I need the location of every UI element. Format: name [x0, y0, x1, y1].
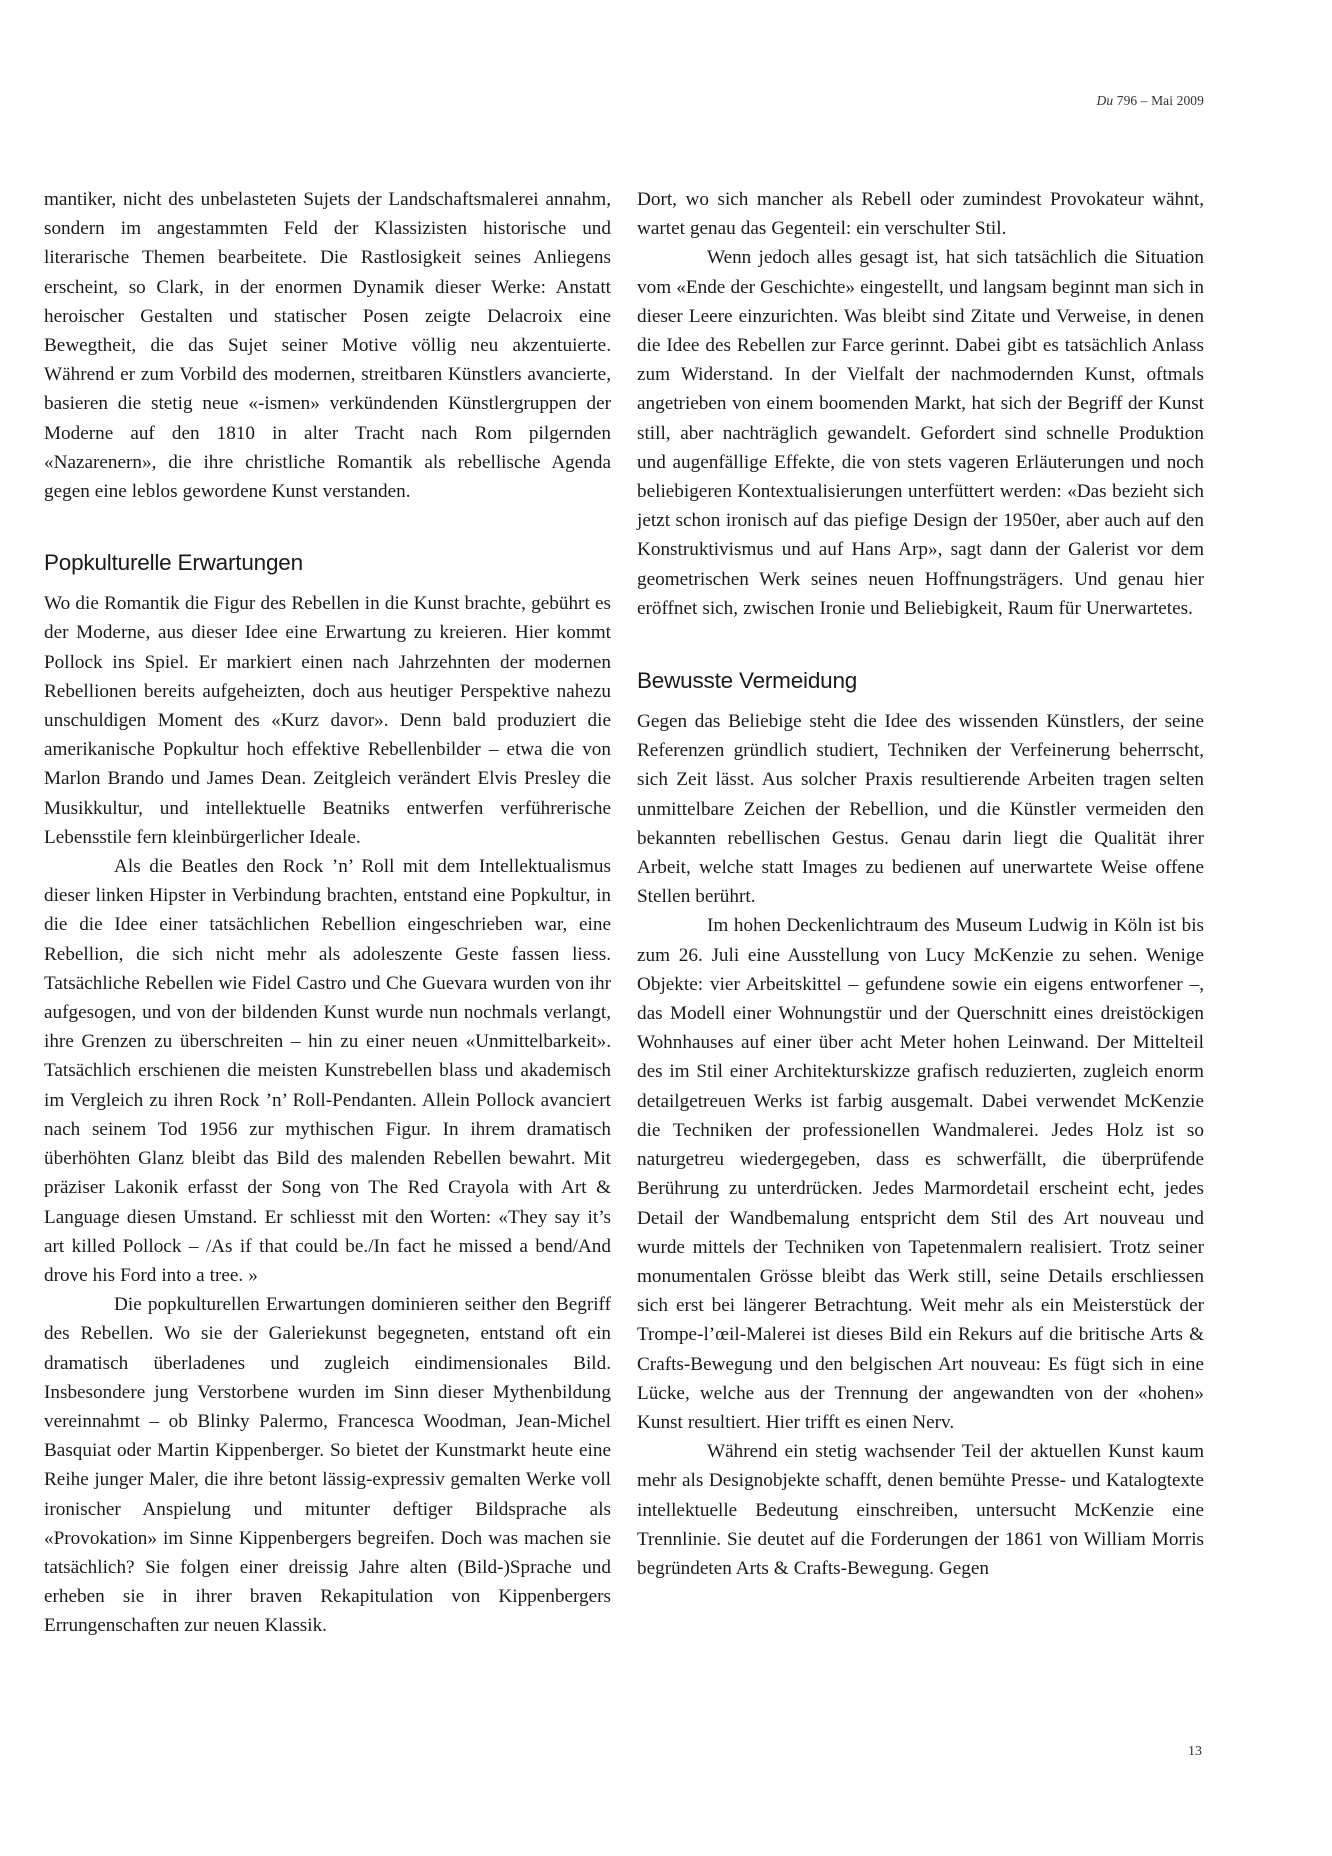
- body-paragraph: Als die Beatles den Rock ’n’ Roll mit de…: [44, 852, 611, 1290]
- page-number: 13: [1188, 1744, 1202, 1760]
- body-paragraph: Wo die Romantik die Figur des Rebellen i…: [44, 589, 611, 852]
- body-paragraph: Während ein stetig wachsender Teil der a…: [637, 1437, 1204, 1583]
- body-paragraph: Im hohen Deckenlichtraum des Museum Ludw…: [637, 911, 1204, 1437]
- body-paragraph: Gegen das Beliebige steht die Idee des w…: [637, 707, 1204, 911]
- body-paragraph: Die popkulturellen Erwartungen dominiere…: [44, 1290, 611, 1640]
- magazine-name: Du: [1097, 93, 1114, 108]
- issue-info: 796 – Mai 2009: [1117, 93, 1204, 108]
- running-header: Du 796 – Mai 2009: [1097, 93, 1204, 109]
- body-paragraph: Dort, wo sich mancher als Rebell oder zu…: [637, 185, 1204, 243]
- body-paragraph: Wenn jedoch alles gesagt ist, hat sich t…: [637, 243, 1204, 623]
- section-heading-bewusste-vermeidung: Bewusste Vermeidung: [637, 668, 1204, 694]
- section-heading-popkulturelle-erwartungen: Popkulturelle Erwartungen: [44, 550, 611, 576]
- left-column: mantiker, nicht des unbelasteten Sujets …: [44, 185, 611, 1641]
- right-column: Dort, wo sich mancher als Rebell oder zu…: [637, 185, 1204, 1583]
- body-paragraph: mantiker, nicht des unbelasteten Sujets …: [44, 185, 611, 506]
